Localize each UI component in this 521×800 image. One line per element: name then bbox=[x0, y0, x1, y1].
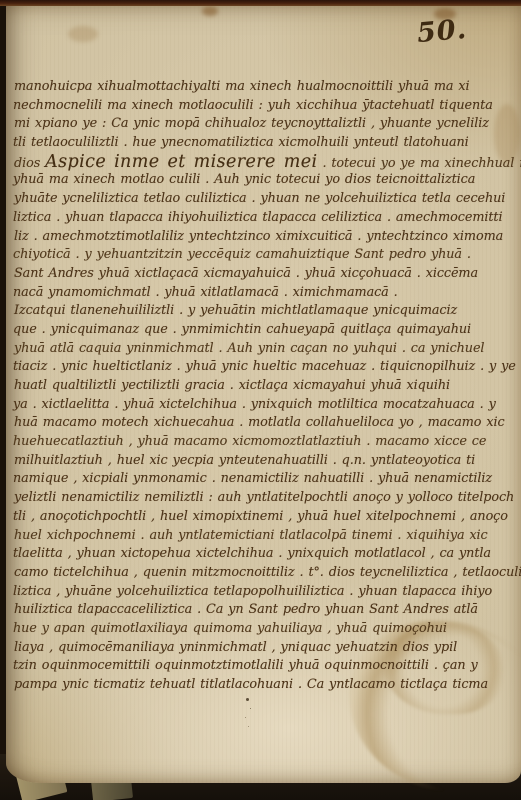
manuscript-line: Izcatqui tlanenehuililiztli . y yehuātin… bbox=[14, 302, 485, 321]
manuscript-line: yhuā ma xinech motlao culili . Auh ynic … bbox=[13, 171, 485, 190]
latin-quote: Aspice inme et miserere mei bbox=[45, 152, 317, 172]
folio-number: 50. bbox=[416, 14, 468, 49]
manuscript-line: ya . xictlaelitta . yhuā xictelchihua . … bbox=[13, 396, 485, 415]
manuscript-line: huā macamo motech xichuecahua . motlatla… bbox=[14, 414, 485, 433]
fox-stain bbox=[494, 104, 520, 164]
ink-speck bbox=[246, 698, 249, 701]
manuscript-line: huehuecatlaztiuh , yhuā macamo xicmomozt… bbox=[13, 433, 485, 452]
manuscript-line: yeliztli nenamictiliz nemiliztli : auh y… bbox=[14, 489, 485, 508]
manuscript-line: tli , anoçotichpochtli , huel ximopixtin… bbox=[13, 508, 485, 527]
fox-stain bbox=[68, 26, 98, 42]
manuscript-line: liaya , quimocēmaniliaya yninmichmatl , … bbox=[14, 639, 485, 658]
manuscript-line: que . ynicquimanaz que . ynmimichtin cah… bbox=[13, 321, 485, 340]
manuscript-line: tzin oquinmocemittili oquinmotztimotlali… bbox=[13, 657, 485, 676]
manuscript-line: nechmocnelili ma xinech motlaoculili : y… bbox=[13, 97, 485, 116]
manuscript-line: mi xpiano ye : Ca ynic mopā chihualoz te… bbox=[14, 115, 485, 134]
fox-stain bbox=[202, 6, 218, 16]
manuscript-line: dios Aspice inme et miserere mei . totec… bbox=[14, 153, 485, 172]
manuscript-line: pampa ynic ticmatiz tehuatl titlatlacohu… bbox=[14, 676, 485, 695]
manuscript-line: huel xichpochnemi . auh yntlatemictiani … bbox=[14, 527, 485, 546]
manuscript-line: nacā ynamomichmatl . yhuā xitlatlamacā .… bbox=[13, 284, 485, 303]
manuscript-line: milhuitlaztiuh , huel xic yecpia ynteute… bbox=[14, 452, 485, 471]
manuscript-line: liztica . yhuan tlapacca ihiyohuiliztica… bbox=[13, 209, 485, 228]
binding-top-edge bbox=[0, 0, 521, 6]
manuscript-line: tli tetlaoculiliztli . hue ynecnomatiliz… bbox=[13, 134, 485, 153]
manuscript-line: huiliztica tlapaccaceliliztica . Ca yn S… bbox=[14, 601, 485, 620]
manuscript-line: huatl qualtiliztli yectiliztli gracia . … bbox=[14, 377, 485, 396]
manuscript-line: Sant Andres yhuā xictlaçacā xicmayahuicā… bbox=[14, 265, 485, 284]
text-block: manohuicpa xihualmottachiyalti ma xinech… bbox=[13, 78, 485, 695]
manuscript-line: camo tictelchihua , quenin mitzmocnoitti… bbox=[14, 564, 485, 583]
manuscript-line: chiyoticā . y yehuantzitzin yeccēquiz ca… bbox=[13, 246, 485, 265]
manuscript-line: tiaciz . ynic hueltictlaniz . yhuā ynic … bbox=[13, 358, 485, 377]
manuscript-line: tlaelitta , yhuan xictopehua xictelchihu… bbox=[13, 545, 485, 564]
manuscript-line: manohuicpa xihualmottachiyalti ma xinech… bbox=[14, 78, 485, 97]
manuscript-line: liztica , yhuāne yolcehuiliztica tetlapo… bbox=[13, 583, 485, 602]
manuscript-page: 50. manohuicpa xihualmottachiyalti ma xi… bbox=[6, 4, 521, 783]
manuscript-line: liz . amechmotztimotlaliliz yntechtzinco… bbox=[14, 228, 485, 247]
manuscript-line: yhuāte ycneliliztica tetlao culiliztica … bbox=[14, 190, 485, 209]
manuscript-line: namique , xicpiali ynmonamic . nenamicti… bbox=[13, 470, 485, 489]
manuscript-line: yhuā atlā caquia yninmichmatl . Auh ynin… bbox=[14, 340, 485, 359]
manuscript-line: hue y apan quimotlaxiliaya quimoma yahui… bbox=[13, 620, 485, 639]
